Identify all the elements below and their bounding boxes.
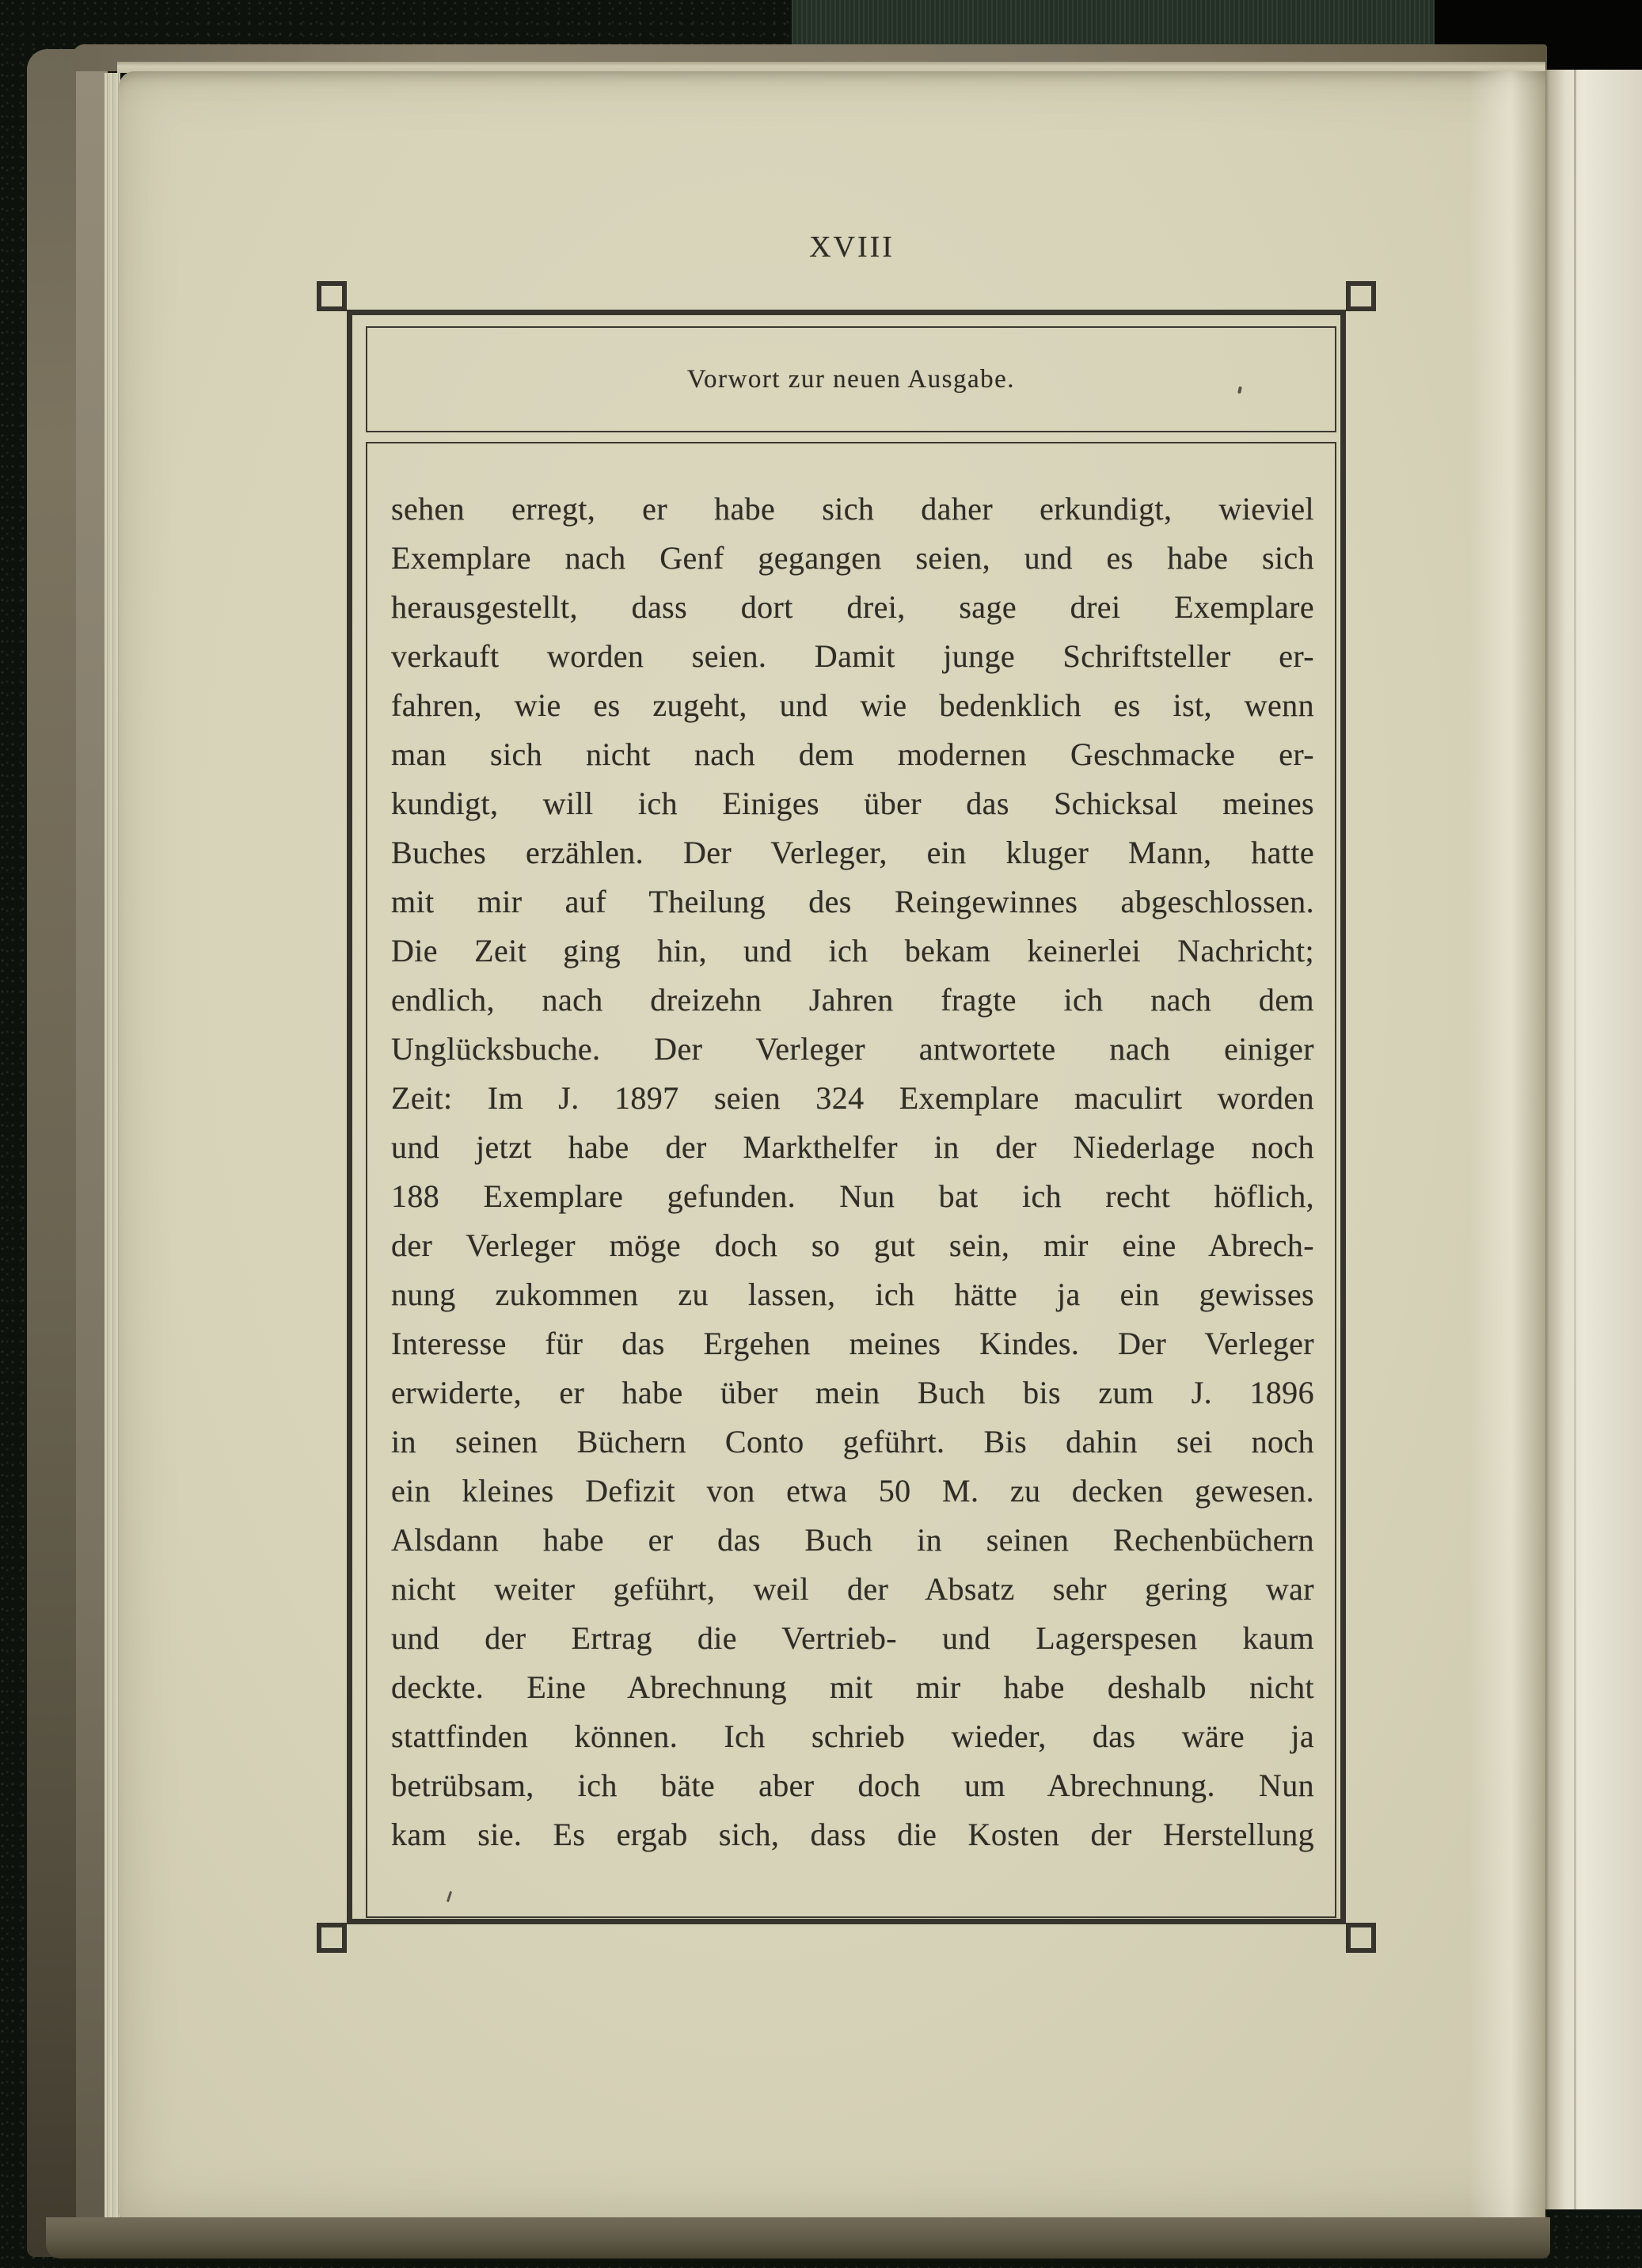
text-line: nicht weiter geführt, weil der Absatz se… xyxy=(391,1565,1314,1614)
text-line: herausgestellt, dass dort drei, sage dre… xyxy=(391,583,1314,632)
text-line: deckte. Eine Abrechnung mit mir habe des… xyxy=(391,1663,1314,1712)
chapter-title: Vorwort zur neuen Ausgabe. xyxy=(687,365,1015,394)
text-line: und jetzt habe der Markthelfer in der Ni… xyxy=(391,1123,1314,1172)
frame-corner-ornament-bottom-right xyxy=(1346,1923,1376,1953)
frame-corner-ornament-bottom-left xyxy=(317,1923,347,1953)
text-line: verkauft worden seien. Damit junge Schri… xyxy=(391,632,1314,681)
gutter-crease xyxy=(1574,70,1576,2209)
text-line: man sich nicht nach dem modernen Geschma… xyxy=(391,730,1314,779)
text-line: sehen erregt, er habe sich daher erkundi… xyxy=(391,485,1314,534)
text-line: ein kleines Defizit von etwa 50 M. zu de… xyxy=(391,1467,1314,1516)
text-line: kam sie. Es ergab sich, dass die Kosten … xyxy=(391,1810,1314,1859)
page-curl-highlight xyxy=(1469,71,1545,2219)
text-line: Buches erzählen. Der Verleger, ein kluge… xyxy=(391,828,1314,877)
text-line: Zeit: Im J. 1897 seien 324 Exemplare mac… xyxy=(391,1074,1314,1123)
scanned-book-page-view: XVIII Vorwort zur neuen Ausgabe. sehen e… xyxy=(0,0,1642,2268)
body-text-box: sehen erregt, er habe sich daher erkundi… xyxy=(366,442,1336,1918)
text-line: erwiderte, er habe über mein Buch bis zu… xyxy=(391,1368,1314,1417)
page-number: XVIII xyxy=(347,230,1357,264)
text-line: in seinen Büchern Conto geführt. Bis dah… xyxy=(391,1417,1314,1467)
text-line: Die Zeit ging hin, und ich bekam keinerl… xyxy=(391,927,1314,976)
book-cover-bottom-edge xyxy=(46,2217,1550,2258)
text-line: Interesse für das Ergehen meines Kindes.… xyxy=(391,1319,1314,1368)
text-line: 188 Exemplare gefunden. Nun bat ich rech… xyxy=(391,1172,1314,1221)
text-line: der Verleger möge doch so gut sein, mir … xyxy=(391,1221,1314,1270)
gutter-fold xyxy=(1545,70,1642,2209)
text-line: nung zukommen zu lassen, ich hätte ja ei… xyxy=(391,1270,1314,1319)
chapter-header-box: Vorwort zur neuen Ausgabe. xyxy=(366,326,1336,432)
text-line: endlich, nach dreizehn Jahren fragte ich… xyxy=(391,976,1314,1025)
text-line: Exemplare nach Genf gegangen seien, und … xyxy=(391,534,1314,583)
text-line: Unglücksbuche. Der Verleger antwortete n… xyxy=(391,1025,1314,1074)
frame-corner-ornament-top-left xyxy=(317,281,347,311)
text-line: stattfinden können. Ich schrieb wieder, … xyxy=(391,1712,1314,1761)
text-line: mit mir auf Theilung des Reingewinnes ab… xyxy=(391,877,1314,927)
book-cover-edge-inner xyxy=(76,55,108,2241)
text-line: und der Ertrag die Vertrieb- und Lagersp… xyxy=(391,1614,1314,1663)
book-cover-edge-outer xyxy=(27,49,78,2257)
page-stack-edge-left xyxy=(105,73,120,2220)
text-line: kundigt, will ich Einiges über das Schic… xyxy=(391,779,1314,828)
text-line: Alsdann habe er das Buch in seinen Reche… xyxy=(391,1516,1314,1565)
text-line: betrübsam, ich bäte aber doch um Abrechn… xyxy=(391,1761,1314,1810)
text-line: fahren, wie es zugeht, und wie bedenklic… xyxy=(391,681,1314,730)
body-text: sehen erregt, er habe sich daher erkundi… xyxy=(391,485,1314,1859)
book-cloth-top-edge xyxy=(792,0,1437,51)
frame-corner-ornament-top-right xyxy=(1346,281,1376,311)
